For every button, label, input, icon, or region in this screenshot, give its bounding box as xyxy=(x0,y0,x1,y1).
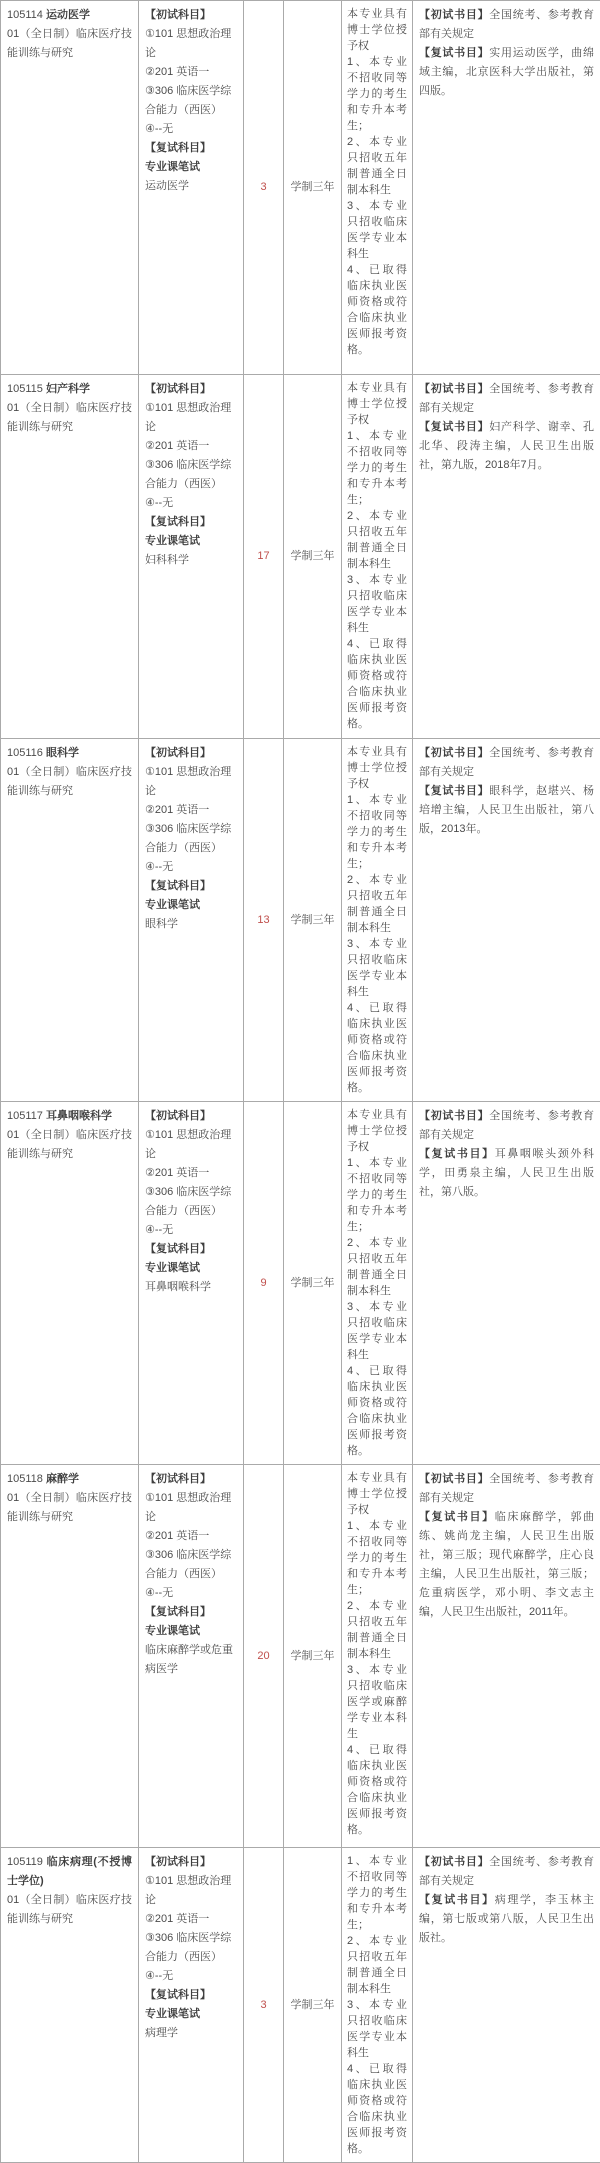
retest-books: 【复试书目】实用运动医学，曲绵域主编，北京医科大学出版社，第四版。 xyxy=(419,44,594,101)
program-code: 105115 xyxy=(7,383,43,395)
subjects-cell: 【初试科目】 ①101 思想政治理论②201 英语一③306 临床医学综合能力（… xyxy=(139,1102,244,1465)
duration-cell: 学制三年 xyxy=(284,1465,342,1848)
program-name: 麻醉学 xyxy=(46,1473,79,1485)
retest-type: 专业课笔试 xyxy=(145,1622,237,1641)
exam-subject: ①101 思想政治理论 xyxy=(145,763,237,801)
retest-heading: 【复试科目】 xyxy=(145,1986,237,2005)
quota-value: 20 xyxy=(257,1650,269,1662)
retest-type: 专业课笔试 xyxy=(145,1259,237,1278)
program-direction: 01（全日制）临床医疗技能训练与研究 xyxy=(7,1891,132,1929)
program-name: 妇产科学 xyxy=(46,383,90,395)
requirements-cell: 1、本专业不招收同等学力的考生和专升本考生；2、本专业只招收五年制普通全日制本科… xyxy=(342,1848,413,2163)
program-table-body: 105114 运动医学 01（全日制）临床医疗技能训练与研究 【初试科目】 ①1… xyxy=(1,1,600,2163)
admissions-page: 105114 运动医学 01（全日制）临床医疗技能训练与研究 【初试科目】 ①1… xyxy=(0,0,600,2163)
quota-cell: 3 xyxy=(244,1,284,375)
exam-subject: ③306 临床医学综合能力（西医） xyxy=(145,456,237,494)
requirements-list: 1、本专业不招收同等学力的考生和专升本考生；2、本专业只招收五年制普通全日制本科… xyxy=(347,1853,407,2157)
initial-exam-heading: 【初试科目】 xyxy=(145,744,237,763)
requirement-item: 1、本专业不招收同等学力的考生和专升本考生； xyxy=(347,1853,407,1933)
quota-cell: 9 xyxy=(244,1102,284,1465)
retest-type: 专业课笔试 xyxy=(145,896,237,915)
duration-value: 学制三年 xyxy=(291,550,335,562)
requirements-cell: 本专业具有博士学位授予权1、本专业不招收同等学力的考生和专升本考生；2、本专业只… xyxy=(342,1465,413,1848)
quota-value: 3 xyxy=(260,1999,266,2011)
program-cell: 105114 运动医学 01（全日制）临床医疗技能训练与研究 xyxy=(1,1,139,375)
retest-books-heading: 【复试书目】 xyxy=(419,1511,495,1523)
subjects-cell: 【初试科目】 ①101 思想政治理论②201 英语一③306 临床医学综合能力（… xyxy=(139,1,244,375)
exam-subject: ②201 英语一 xyxy=(145,1164,237,1183)
initial-exam-heading: 【初试科目】 xyxy=(145,1853,237,1872)
program-direction: 01（全日制）临床医疗技能训练与研究 xyxy=(7,763,132,801)
initial-exam-list: ①101 思想政治理论②201 英语一③306 临床医学综合能力（西医）④--无 xyxy=(145,1126,237,1240)
requirements-list: 本专业具有博士学位授予权1、本专业不招收同等学力的考生和专升本考生；2、本专业只… xyxy=(347,1470,407,1838)
retest-subject: 运动医学 xyxy=(145,177,237,196)
initial-exam-heading: 【初试科目】 xyxy=(145,1107,237,1126)
duration-value: 学制三年 xyxy=(291,914,335,926)
initial-exam-list: ①101 思想政治理论②201 英语一③306 临床医学综合能力（西医）④--无 xyxy=(145,25,237,139)
program-code: 105118 xyxy=(7,1473,43,1485)
duration-value: 学制三年 xyxy=(291,1650,335,1662)
requirement-item: 2、本专业只招收五年制普通全日制本科生 xyxy=(347,134,407,198)
initial-exam-heading: 【初试科目】 xyxy=(145,1470,237,1489)
exam-subject: ②201 英语一 xyxy=(145,801,237,820)
retest-subject: 眼科学 xyxy=(145,915,237,934)
program-code: 105116 xyxy=(7,747,43,759)
retest-heading: 【复试科目】 xyxy=(145,1240,237,1259)
admissions-table: 105114 运动医学 01（全日制）临床医疗技能训练与研究 【初试科目】 ①1… xyxy=(0,0,600,2163)
requirement-item: 本专业具有博士学位授予权 xyxy=(347,1470,407,1518)
quota-cell: 20 xyxy=(244,1465,284,1848)
retest-subject: 耳鼻咽喉科学 xyxy=(145,1278,237,1297)
table-row: 105115 妇产科学 01（全日制）临床医疗技能训练与研究 【初试科目】 ①1… xyxy=(1,375,600,739)
requirement-item: 3、本专业只招收临床医学专业本科生 xyxy=(347,1299,407,1363)
requirements-list: 本专业具有博士学位授予权1、本专业不招收同等学力的考生和专升本考生；2、本专业只… xyxy=(347,1107,407,1459)
requirements-cell: 本专业具有博士学位授予权1、本专业不招收同等学力的考生和专升本考生；2、本专业只… xyxy=(342,1,413,375)
initial-exam-heading: 【初试科目】 xyxy=(145,6,237,25)
books-cell: 【初试书目】全国统考、参考教育部有关规定 【复试书目】实用运动医学，曲绵域主编，… xyxy=(413,1,600,375)
requirement-item: 1、本专业不招收同等学力的考生和专升本考生； xyxy=(347,1155,407,1235)
retest-subject: 临床麻醉学或危重病医学 xyxy=(145,1641,237,1679)
table-row: 105118 麻醉学 01（全日制）临床医疗技能训练与研究 【初试科目】 ①10… xyxy=(1,1465,600,1848)
requirement-item: 2、本专业只招收五年制普通全日制本科生 xyxy=(347,1235,407,1299)
duration-value: 学制三年 xyxy=(291,1999,335,2011)
retest-books-heading: 【复试书目】 xyxy=(419,47,489,59)
books-cell: 【初试书目】全国统考、参考教育部有关规定 【复试书目】眼科学，赵堪兴、杨培增主编… xyxy=(413,739,600,1102)
exam-subject: ②201 英语一 xyxy=(145,437,237,456)
initial-books-heading: 【初试书目】 xyxy=(419,1856,489,1868)
requirements-cell: 本专业具有博士学位授予权1、本专业不招收同等学力的考生和专升本考生；2、本专业只… xyxy=(342,375,413,739)
initial-exam-list: ①101 思想政治理论②201 英语一③306 临床医学综合能力（西医）④--无 xyxy=(145,763,237,877)
initial-exam-list: ①101 思想政治理论②201 英语一③306 临床医学综合能力（西医）④--无 xyxy=(145,1872,237,1986)
exam-subject: ④--无 xyxy=(145,120,237,139)
initial-books-heading: 【初试书目】 xyxy=(419,1110,489,1122)
initial-books: 【初试书目】全国统考、参考教育部有关规定 xyxy=(419,1470,594,1508)
program-code: 105117 xyxy=(7,1110,43,1122)
quota-cell: 3 xyxy=(244,1848,284,2163)
program-direction: 01（全日制）临床医疗技能训练与研究 xyxy=(7,399,132,437)
initial-books: 【初试书目】全国统考、参考教育部有关规定 xyxy=(419,1107,594,1145)
exam-subject: ①101 思想政治理论 xyxy=(145,25,237,63)
requirements-cell: 本专业具有博士学位授予权1、本专业不招收同等学力的考生和专升本考生；2、本专业只… xyxy=(342,739,413,1102)
requirement-item: 4、已取得临床执业医师资格或符合临床执业医师报考资格。 xyxy=(347,1000,407,1096)
retest-subject: 病理学 xyxy=(145,2024,237,2043)
quota-value: 9 xyxy=(260,1277,266,1289)
requirement-item: 4、已取得临床执业医师资格或符合临床执业医师报考资格。 xyxy=(347,1742,407,1838)
requirement-item: 1、本专业不招收同等学力的考生和专升本考生； xyxy=(347,428,407,508)
requirement-item: 4、已取得临床执业医师资格或符合临床执业医师报考资格。 xyxy=(347,636,407,732)
requirements-list: 本专业具有博士学位授予权1、本专业不招收同等学力的考生和专升本考生；2、本专业只… xyxy=(347,6,407,358)
program-cell: 105117 耳鼻咽喉科学 01（全日制）临床医疗技能训练与研究 xyxy=(1,1102,139,1465)
exam-subject: ①101 思想政治理论 xyxy=(145,1126,237,1164)
retest-type: 专业课笔试 xyxy=(145,158,237,177)
books-cell: 【初试书目】全国统考、参考教育部有关规定 【复试书目】妇产科学、谢幸、孔北华、段… xyxy=(413,375,600,739)
quota-value: 17 xyxy=(257,550,269,562)
subjects-cell: 【初试科目】 ①101 思想政治理论②201 英语一③306 临床医学综合能力（… xyxy=(139,1848,244,2163)
initial-exam-list: ①101 思想政治理论②201 英语一③306 临床医学综合能力（西医）④--无 xyxy=(145,399,237,513)
program-cell: 105115 妇产科学 01（全日制）临床医疗技能训练与研究 xyxy=(1,375,139,739)
retest-books-heading: 【复试书目】 xyxy=(419,785,489,797)
retest-books-heading: 【复试书目】 xyxy=(419,1894,495,1906)
initial-books: 【初试书目】全国统考、参考教育部有关规定 xyxy=(419,1853,594,1891)
retest-books: 【复试书目】妇产科学、谢幸、孔北华、段涛主编，人民卫生出版社，第九版，2018年… xyxy=(419,418,594,475)
exam-subject: ③306 临床医学综合能力（西医） xyxy=(145,82,237,120)
subjects-cell: 【初试科目】 ①101 思想政治理论②201 英语一③306 临床医学综合能力（… xyxy=(139,1465,244,1848)
requirement-item: 2、本专业只招收五年制普通全日制本科生 xyxy=(347,1598,407,1662)
requirement-item: 1、本专业不招收同等学力的考生和专升本考生； xyxy=(347,54,407,134)
table-row: 105117 耳鼻咽喉科学 01（全日制）临床医疗技能训练与研究 【初试科目】 … xyxy=(1,1102,600,1465)
retest-heading: 【复试科目】 xyxy=(145,877,237,896)
requirement-item: 2、本专业只招收五年制普通全日制本科生 xyxy=(347,508,407,572)
exam-subject: ④--无 xyxy=(145,494,237,513)
program-code: 105119 xyxy=(7,1856,43,1868)
program-cell: 105116 眼科学 01（全日制）临床医疗技能训练与研究 xyxy=(1,739,139,1102)
retest-books-text: 临床麻醉学，郭曲练、姚尚龙主编，人民卫生出版社，第三版；现代麻醉学，庄心良主编，… xyxy=(419,1511,594,1618)
duration-value: 学制三年 xyxy=(291,181,335,193)
requirements-cell: 本专业具有博士学位授予权1、本专业不招收同等学力的考生和专升本考生；2、本专业只… xyxy=(342,1102,413,1465)
requirement-item: 4、已取得临床执业医师资格或符合临床执业医师报考资格。 xyxy=(347,1363,407,1459)
program-name: 耳鼻咽喉科学 xyxy=(46,1110,112,1122)
requirement-item: 4、已取得临床执业医师资格或符合临床执业医师报考资格。 xyxy=(347,262,407,358)
initial-exam-heading: 【初试科目】 xyxy=(145,380,237,399)
exam-subject: ④--无 xyxy=(145,1221,237,1240)
requirements-list: 本专业具有博士学位授予权1、本专业不招收同等学力的考生和专升本考生；2、本专业只… xyxy=(347,380,407,732)
retest-books: 【复试书目】耳鼻咽喉头颈外科学，田勇泉主编，人民卫生出版社，第八版。 xyxy=(419,1145,594,1202)
duration-value: 学制三年 xyxy=(291,1277,335,1289)
exam-subject: ④--无 xyxy=(145,1584,237,1603)
requirement-item: 2、本专业只招收五年制普通全日制本科生 xyxy=(347,1933,407,1997)
books-cell: 【初试书目】全国统考、参考教育部有关规定 【复试书目】临床麻醉学，郭曲练、姚尚龙… xyxy=(413,1465,600,1848)
retest-books: 【复试书目】临床麻醉学，郭曲练、姚尚龙主编，人民卫生出版社，第三版；现代麻醉学，… xyxy=(419,1508,594,1622)
initial-books-heading: 【初试书目】 xyxy=(419,1473,489,1485)
duration-cell: 学制三年 xyxy=(284,1,342,375)
requirement-item: 1、本专业不招收同等学力的考生和专升本考生； xyxy=(347,792,407,872)
exam-subject: ④--无 xyxy=(145,858,237,877)
program-title: 105115 妇产科学 xyxy=(7,380,132,399)
quota-cell: 17 xyxy=(244,375,284,739)
quota-value: 3 xyxy=(260,181,266,193)
initial-exam-list: ①101 思想政治理论②201 英语一③306 临床医学综合能力（西医）④--无 xyxy=(145,1489,237,1603)
subjects-cell: 【初试科目】 ①101 思想政治理论②201 英语一③306 临床医学综合能力（… xyxy=(139,375,244,739)
quota-value: 13 xyxy=(257,914,269,926)
program-title: 105116 眼科学 xyxy=(7,744,132,763)
retest-books: 【复试书目】病理学，李玉林主编，第七版或第八版，人民卫生出版社。 xyxy=(419,1891,594,1948)
program-cell: 105118 麻醉学 01（全日制）临床医疗技能训练与研究 xyxy=(1,1465,139,1848)
requirement-item: 本专业具有博士学位授予权 xyxy=(347,744,407,792)
retest-books-heading: 【复试书目】 xyxy=(419,421,489,433)
initial-books-heading: 【初试书目】 xyxy=(419,383,489,395)
requirement-item: 本专业具有博士学位授予权 xyxy=(347,1107,407,1155)
program-name: 眼科学 xyxy=(46,747,79,759)
duration-cell: 学制三年 xyxy=(284,375,342,739)
program-direction: 01（全日制）临床医疗技能训练与研究 xyxy=(7,25,132,63)
retest-heading: 【复试科目】 xyxy=(145,513,237,532)
requirement-item: 本专业具有博士学位授予权 xyxy=(347,6,407,54)
quota-cell: 13 xyxy=(244,739,284,1102)
exam-subject: ①101 思想政治理论 xyxy=(145,1872,237,1910)
table-row: 105114 运动医学 01（全日制）临床医疗技能训练与研究 【初试科目】 ①1… xyxy=(1,1,600,375)
program-title: 105118 麻醉学 xyxy=(7,1470,132,1489)
retest-type: 专业课笔试 xyxy=(145,2005,237,2024)
exam-subject: ③306 临床医学综合能力（西医） xyxy=(145,1929,237,1967)
retest-type: 专业课笔试 xyxy=(145,532,237,551)
requirement-item: 4、已取得临床执业医师资格或符合临床执业医师报考资格。 xyxy=(347,2061,407,2157)
exam-subject: ③306 临床医学综合能力（西医） xyxy=(145,1546,237,1584)
requirement-item: 3、本专业只招收临床医学专业本科生 xyxy=(347,572,407,636)
exam-subject: ②201 英语一 xyxy=(145,1527,237,1546)
requirement-item: 1、本专业不招收同等学力的考生和专升本考生； xyxy=(347,1518,407,1598)
duration-cell: 学制三年 xyxy=(284,1848,342,2163)
retest-heading: 【复试科目】 xyxy=(145,1603,237,1622)
program-title: 105117 耳鼻咽喉科学 xyxy=(7,1107,132,1126)
program-direction: 01（全日制）临床医疗技能训练与研究 xyxy=(7,1126,132,1164)
table-row: 105119 临床病理(不授博士学位) 01（全日制）临床医疗技能训练与研究 【… xyxy=(1,1848,600,2163)
exam-subject: ①101 思想政治理论 xyxy=(145,1489,237,1527)
exam-subject: ②201 英语一 xyxy=(145,1910,237,1929)
books-cell: 【初试书目】全国统考、参考教育部有关规定 【复试书目】耳鼻咽喉头颈外科学，田勇泉… xyxy=(413,1102,600,1465)
initial-books: 【初试书目】全国统考、参考教育部有关规定 xyxy=(419,744,594,782)
requirement-item: 本专业具有博士学位授予权 xyxy=(347,380,407,428)
exam-subject: ①101 思想政治理论 xyxy=(145,399,237,437)
retest-books: 【复试书目】眼科学，赵堪兴、杨培增主编，人民卫生出版社，第八版，2013年。 xyxy=(419,782,594,839)
subjects-cell: 【初试科目】 ①101 思想政治理论②201 英语一③306 临床医学综合能力（… xyxy=(139,739,244,1102)
program-direction: 01（全日制）临床医疗技能训练与研究 xyxy=(7,1489,132,1527)
exam-subject: ④--无 xyxy=(145,1967,237,1986)
requirement-item: 3、本专业只招收临床医学专业本科生 xyxy=(347,1997,407,2061)
requirement-item: 3、本专业只招收临床医学或麻醉学专业本科生 xyxy=(347,1662,407,1742)
duration-cell: 学制三年 xyxy=(284,1102,342,1465)
exam-subject: ③306 临床医学综合能力（西医） xyxy=(145,820,237,858)
initial-books-heading: 【初试书目】 xyxy=(419,747,489,759)
table-row: 105116 眼科学 01（全日制）临床医疗技能训练与研究 【初试科目】 ①10… xyxy=(1,739,600,1102)
initial-books-heading: 【初试书目】 xyxy=(419,9,489,21)
retest-books-heading: 【复试书目】 xyxy=(419,1148,495,1160)
program-title: 105114 运动医学 xyxy=(7,6,132,25)
program-code: 105114 xyxy=(7,9,43,21)
books-cell: 【初试书目】全国统考、参考教育部有关规定 【复试书目】病理学，李玉林主编，第七版… xyxy=(413,1848,600,2163)
duration-cell: 学制三年 xyxy=(284,739,342,1102)
initial-books: 【初试书目】全国统考、参考教育部有关规定 xyxy=(419,6,594,44)
initial-books: 【初试书目】全国统考、参考教育部有关规定 xyxy=(419,380,594,418)
program-cell: 105119 临床病理(不授博士学位) 01（全日制）临床医疗技能训练与研究 xyxy=(1,1848,139,2163)
requirements-list: 本专业具有博士学位授予权1、本专业不招收同等学力的考生和专升本考生；2、本专业只… xyxy=(347,744,407,1096)
exam-subject: ③306 临床医学综合能力（西医） xyxy=(145,1183,237,1221)
exam-subject: ②201 英语一 xyxy=(145,63,237,82)
program-name: 运动医学 xyxy=(46,9,90,21)
requirement-item: 3、本专业只招收临床医学专业本科生 xyxy=(347,936,407,1000)
retest-heading: 【复试科目】 xyxy=(145,139,237,158)
requirement-item: 3、本专业只招收临床医学专业本科生 xyxy=(347,198,407,262)
retest-subject: 妇科科学 xyxy=(145,551,237,570)
requirement-item: 2、本专业只招收五年制普通全日制本科生 xyxy=(347,872,407,936)
program-title: 105119 临床病理(不授博士学位) xyxy=(7,1853,132,1891)
